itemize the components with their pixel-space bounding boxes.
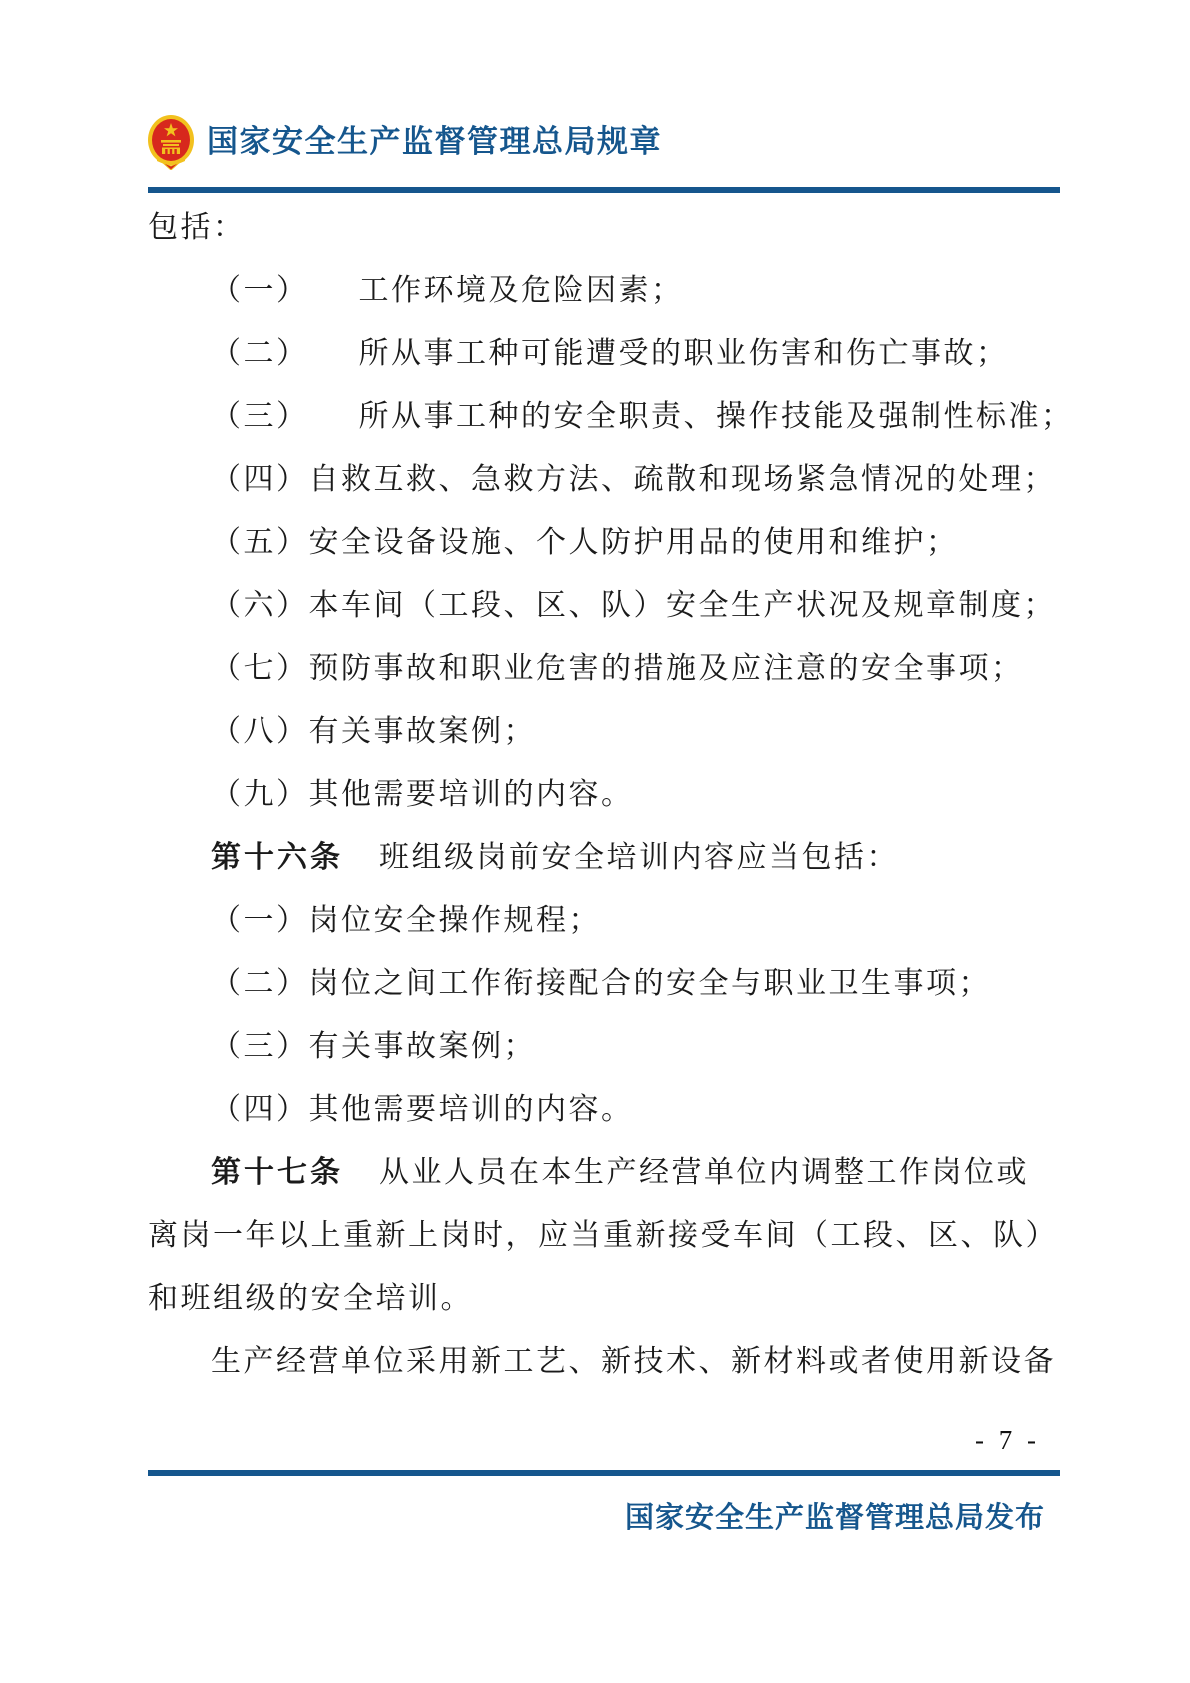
body-line: 第十七条从业人员在本生产经营单位内调整工作岗位或	[148, 1141, 1108, 1204]
line-text: （一） 工作环境及危险因素；	[211, 274, 684, 307]
line-text: 离岗一年以上重新上岗时，应当重新接受车间（工段、区、队）	[148, 1219, 1058, 1252]
body-line: （二）岗位之间工作衔接配合的安全与职业卫生事项；	[148, 952, 1108, 1015]
body-line: （七）预防事故和职业危害的措施及应注意的安全事项；	[148, 637, 1108, 700]
body-line: 离岗一年以上重新上岗时，应当重新接受车间（工段、区、队）	[148, 1204, 1108, 1267]
line-text: （四）其他需要培训的内容。	[211, 1093, 634, 1126]
page-number: - 7 -	[975, 1420, 1040, 1460]
line-text: （三）有关事故案例；	[211, 1030, 536, 1063]
header-rule	[148, 187, 1060, 193]
body-line: 生产经营单位采用新工艺、新技术、新材料或者使用新设备	[148, 1330, 1108, 1393]
line-text: 班组级岗前安全培训内容应当包括：	[379, 841, 899, 874]
line-text: 从业人员在本生产经营单位内调整工作岗位或	[379, 1156, 1029, 1189]
line-text: （一）岗位安全操作规程；	[211, 904, 601, 937]
document-page: 国家安全生产监督管理总局规章 包括： （一） 工作环境及危险因素； （二） 所从…	[0, 0, 1190, 1683]
line-text: （二）岗位之间工作衔接配合的安全与职业卫生事项；	[211, 967, 991, 1000]
line-text: 生产经营单位采用新工艺、新技术、新材料或者使用新设备	[211, 1345, 1056, 1378]
body-line: （四）其他需要培训的内容。	[148, 1078, 1108, 1141]
line-text: （八）有关事故案例；	[211, 715, 536, 748]
line-text: （六）本车间（工段、区、队）安全生产状况及规章制度；	[211, 589, 1056, 622]
line-text: （二） 所从事工种可能遭受的职业伤害和伤亡事故；	[211, 337, 1009, 370]
document-header: 国家安全生产监督管理总局规章	[147, 114, 662, 170]
line-text: 和班组级的安全培训。	[148, 1282, 473, 1315]
publisher-line: 国家安全生产监督管理总局发布	[625, 1496, 1045, 1540]
line-text: （九）其他需要培训的内容。	[211, 778, 634, 811]
document-title: 国家安全生产监督管理总局规章	[207, 114, 662, 170]
line-text: （五）安全设备设施、个人防护用品的使用和维护；	[211, 526, 959, 559]
body-line: （六）本车间（工段、区、队）安全生产状况及规章制度；	[148, 574, 1108, 637]
body-line: （八）有关事故案例；	[148, 700, 1108, 763]
body-line: （四）自救互救、急救方法、疏散和现场紧急情况的处理；	[148, 448, 1108, 511]
footer-rule	[148, 1470, 1060, 1476]
body-line: 包括：	[148, 196, 1108, 259]
body-line: （九）其他需要培训的内容。	[148, 763, 1108, 826]
national-emblem-icon	[147, 114, 195, 170]
body-line: 和班组级的安全培训。	[148, 1267, 1108, 1330]
line-text: 包括：	[148, 211, 246, 244]
body-line: （三）有关事故案例；	[148, 1015, 1108, 1078]
article-number: 第十七条	[211, 1156, 343, 1189]
body-line: （一）岗位安全操作规程；	[148, 889, 1108, 952]
body-line: （三） 所从事工种的安全职责、操作技能及强制性标准；	[148, 385, 1108, 448]
line-text: （四）自救互救、急救方法、疏散和现场紧急情况的处理；	[211, 463, 1056, 496]
line-text: （三） 所从事工种的安全职责、操作技能及强制性标准；	[211, 400, 1074, 433]
body-line: （二） 所从事工种可能遭受的职业伤害和伤亡事故；	[148, 322, 1108, 385]
body-line: 第十六条班组级岗前安全培训内容应当包括：	[148, 826, 1108, 889]
body-line: （五）安全设备设施、个人防护用品的使用和维护；	[148, 511, 1108, 574]
body-line: （一） 工作环境及危险因素；	[148, 259, 1108, 322]
line-text: （七）预防事故和职业危害的措施及应注意的安全事项；	[211, 652, 1024, 685]
article-number: 第十六条	[211, 841, 343, 874]
document-body: 包括： （一） 工作环境及危险因素； （二） 所从事工种可能遭受的职业伤害和伤亡…	[148, 196, 1108, 1393]
